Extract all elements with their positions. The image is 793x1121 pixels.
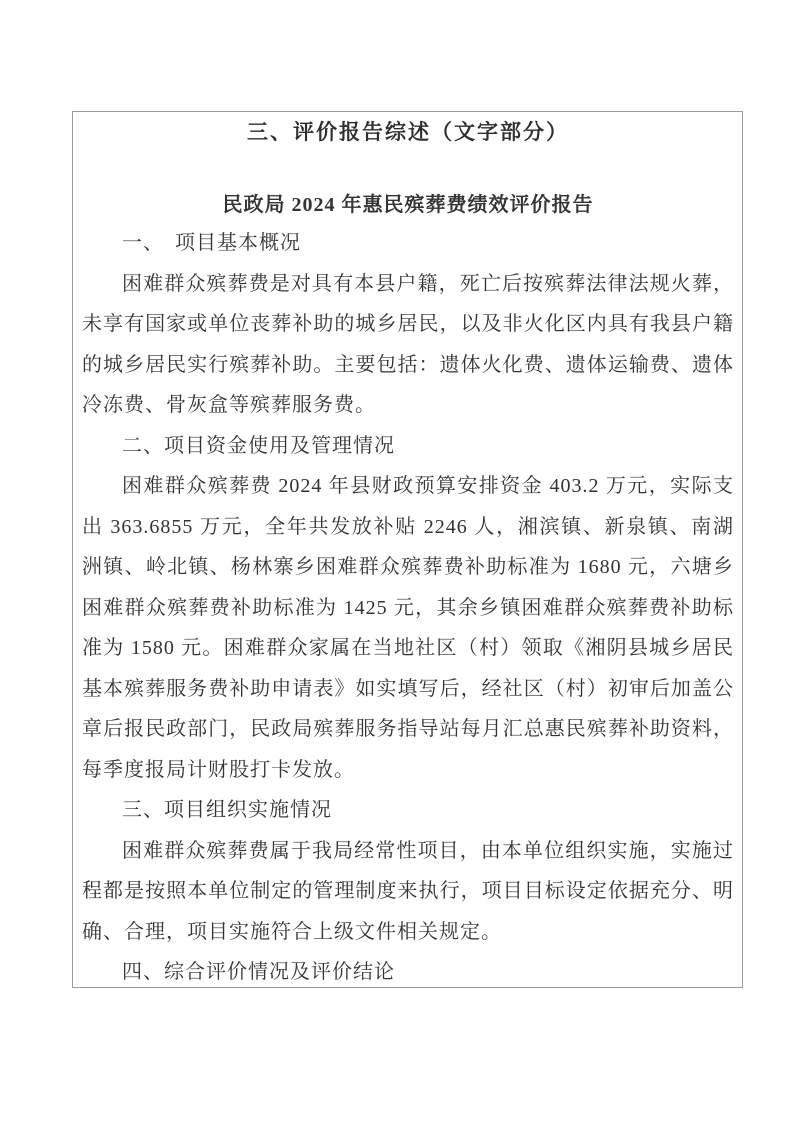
report-body: 一、 项目基本概况 困难群众殡葬费是对具有本县户籍，死亡后按殡葬法律法规火葬，未… [82,223,734,988]
section-heading-3: 三、项目组织实施情况 [82,790,734,831]
section-heading-2: 二、项目资金使用及管理情况 [82,426,734,467]
section-heading-4: 四、综合评价情况及评价结论 [82,952,734,988]
section-title: 三、评价报告综述（文字部分） [82,119,734,145]
report-title: 民政局 2024 年惠民殡葬费绩效评价报告 [82,191,734,219]
document-page: 三、评价报告综述（文字部分） 民政局 2024 年惠民殡葬费绩效评价报告 一、 … [0,0,793,1121]
section-2-paragraph: 困难群众殡葬费 2024 年县财政预算安排资金 403.2 万元，实际支出 36… [82,466,734,790]
section-3-paragraph: 困难群众殡葬费属于我局经常性项目，由本单位组织实施，实施过程都是按照本单位制定的… [82,831,734,953]
report-table-cell: 三、评价报告综述（文字部分） 民政局 2024 年惠民殡葬费绩效评价报告 一、 … [72,111,743,988]
section-1-paragraph: 困难群众殡葬费是对具有本县户籍，死亡后按殡葬法律法规火葬，未享有国家或单位丧葬补… [82,264,734,426]
section-heading-1: 一、 项目基本概况 [82,223,734,264]
